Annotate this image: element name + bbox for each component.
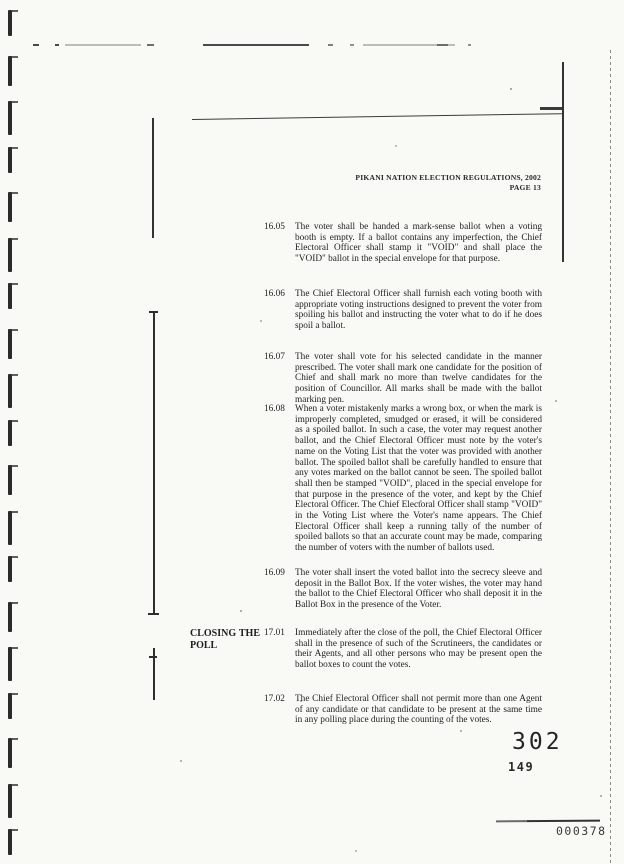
margin-heading-line: CLOSING THE: [190, 628, 260, 640]
broken-scan-line-segment: [55, 44, 59, 46]
header-title: PIKANI NATION ELECTION REGULATIONS, 2002: [355, 173, 541, 183]
clause-text: The voter shall vote for his selected ca…: [295, 352, 542, 406]
broken-scan-line-segment: [203, 44, 309, 46]
clause-text: The Chief Electoral Officer shall furnis…: [295, 289, 542, 332]
binding-hole-mark: [8, 829, 12, 855]
binding-hole-mark: [8, 283, 12, 309]
binding-hole-mark: [8, 329, 12, 359]
clause-text: The voter shall be handed a mark-sense b…: [295, 222, 542, 265]
header-page-label: PAGE 13: [355, 183, 541, 193]
broken-scan-line-segment: [437, 44, 448, 46]
clause-text: The voter shall insert the voted ballot …: [295, 568, 542, 611]
binding-hole-mark: [8, 192, 12, 222]
margin-pen-line: [153, 312, 155, 615]
binding-hole-mark: [8, 238, 12, 272]
clause-number: 17.01: [264, 628, 294, 639]
pen-line-short-tick: [149, 656, 157, 658]
stray-dash-mark: [540, 107, 562, 110]
binding-hole-mark: [8, 10, 12, 36]
binding-hole-mark: [8, 511, 12, 545]
binding-hole-mark: [8, 556, 12, 582]
binding-hole-mark: [8, 602, 12, 632]
typed-page-number: 149: [508, 760, 534, 774]
broken-scan-line-segment: [350, 44, 354, 46]
document-header: PIKANI NATION ELECTION REGULATIONS, 2002…: [355, 173, 541, 193]
margin-rule-right: [562, 62, 564, 262]
broken-scan-line-segment: [33, 44, 39, 46]
pen-line-top-tick: [149, 311, 158, 313]
scanned-document-page: PIKANI NATION ELECTION REGULATIONS, 2002…: [0, 0, 624, 864]
clause-text: The Chief Electoral Officer shall not pe…: [295, 694, 542, 726]
broken-scan-line-segment: [147, 44, 154, 46]
binding-hole-mark: [8, 784, 12, 818]
clause-number: 16.06: [264, 289, 294, 300]
page-stamp-number: 302: [512, 729, 563, 755]
binding-hole-mark: [8, 647, 12, 681]
bates-separator-line: [496, 820, 600, 823]
binding-hole-mark: [8, 693, 12, 719]
clause-number: 16.07: [264, 352, 294, 363]
broken-scan-line-segment: [65, 44, 141, 46]
binding-hole-mark: [8, 420, 12, 446]
clause-number: 16.08: [264, 404, 294, 415]
bates-number: 000378: [556, 824, 607, 838]
pen-line-bottom-tick: [148, 613, 159, 615]
broken-scan-line-segment: [468, 44, 471, 46]
page-edge-dotted-line: [610, 50, 611, 864]
margin-rule-left: [152, 118, 154, 238]
binding-hole-mark: [8, 147, 12, 173]
binding-hole-mark: [8, 374, 12, 408]
binding-hole-mark: [8, 56, 12, 86]
binding-hole-mark: [8, 738, 12, 768]
broken-scan-line-segment: [328, 44, 333, 46]
clause-number: 16.09: [264, 568, 294, 579]
clause-number: 16.05: [264, 222, 294, 233]
top-rule-line: [192, 113, 562, 120]
clause-text: When a voter mistakenly marks a wrong bo…: [295, 404, 542, 554]
margin-section-heading: CLOSING THEPOLL: [190, 628, 260, 652]
margin-heading-line: POLL: [190, 640, 260, 652]
clause-number: 17.02: [264, 694, 294, 705]
binding-hole-mark: [8, 101, 12, 135]
binding-hole-mark: [8, 465, 12, 495]
clause-text: Immediately after the close of the poll,…: [295, 628, 542, 671]
